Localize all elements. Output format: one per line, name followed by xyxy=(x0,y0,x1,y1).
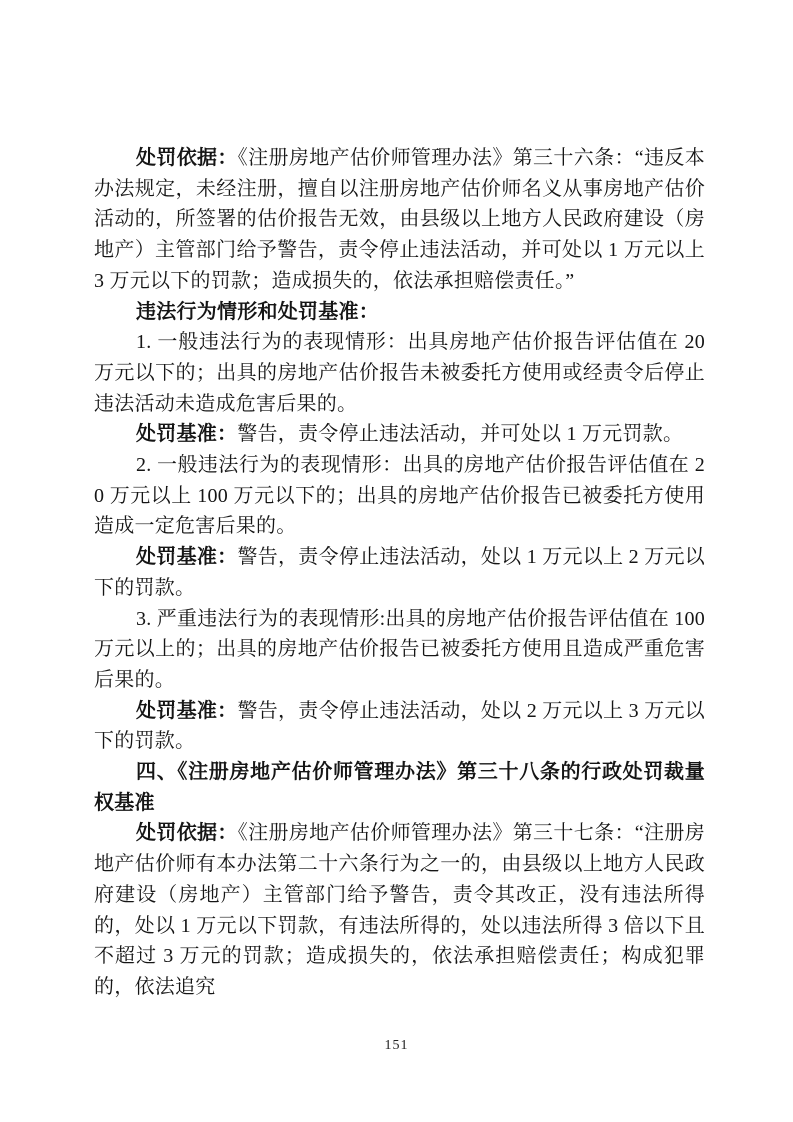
bold-text-run: 处罚依据： xyxy=(136,822,238,844)
document-page: 处罚依据：《注册房地产估价师管理办法》第三十六条：“违反本办法规定，未经注册，擅… xyxy=(0,0,793,1122)
text-run: 2. 一般违法行为的表现情形：出具的房地产估价报告评估值在 20 万元以上 10… xyxy=(94,454,705,537)
para-penalty-standard-3: 处罚基准：警告，责令停止违法活动，处以 2 万元以上 3 万元以下的罚款。 xyxy=(94,696,705,757)
para-case-2: 2. 一般违法行为的表现情形：出具的房地产估价报告评估值在 20 万元以上 10… xyxy=(94,450,705,542)
text-run: 警告，责令停止违法活动，并可处以 1 万元罚款。 xyxy=(237,423,683,445)
bold-text-run: 处罚依据： xyxy=(136,147,238,169)
text-run: 《注册房地产估价师管理办法》第三十七条：“注册房地产估价师有本办法第二十六条行为… xyxy=(94,822,705,998)
text-run: 1. 一般违法行为的表现情形：出具房地产估价报告评估值在 20 万元以下的；出具… xyxy=(94,331,705,414)
document-body: 处罚依据：《注册房地产估价师管理办法》第三十六条：“违反本办法规定，未经注册，擅… xyxy=(94,143,705,1003)
para-penalty-basis-article-36: 处罚依据：《注册房地产估价师管理办法》第三十六条：“违反本办法规定，未经注册，擅… xyxy=(94,143,705,297)
para-penalty-standard-1: 处罚基准：警告，责令停止违法活动，并可处以 1 万元罚款。 xyxy=(94,419,705,450)
bold-text-run: 违法行为情形和处罚基准： xyxy=(136,301,379,323)
bold-text-run: 处罚基准： xyxy=(136,423,237,445)
para-penalty-basis-article-37: 处罚依据：《注册房地产估价师管理办法》第三十七条：“注册房地产估价师有本办法第二… xyxy=(94,818,705,1002)
para-case-3: 3. 严重违法行为的表现情形:出具的房地产估价报告评估值在 100 万元以上的；… xyxy=(94,604,705,696)
para-section-four-heading: 四、《注册房地产估价师管理办法》第三十八条的行政处罚裁量权基准 xyxy=(94,757,705,818)
bold-text-run: 四、《注册房地产估价师管理办法》第三十八条的行政处罚裁量权基准 xyxy=(94,761,705,814)
text-run: 3. 严重违法行为的表现情形:出具的房地产估价报告评估值在 100 万元以上的；… xyxy=(94,608,705,691)
page-number: 151 xyxy=(0,1038,793,1054)
para-situations-heading: 违法行为情形和处罚基准： xyxy=(94,297,705,328)
para-case-1: 1. 一般违法行为的表现情形：出具房地产估价报告评估值在 20 万元以下的；出具… xyxy=(94,327,705,419)
para-penalty-standard-2: 处罚基准：警告，责令停止违法活动，处以 1 万元以上 2 万元以下的罚款。 xyxy=(94,542,705,603)
bold-text-run: 处罚基准： xyxy=(136,546,237,568)
bold-text-run: 处罚基准： xyxy=(136,700,237,722)
